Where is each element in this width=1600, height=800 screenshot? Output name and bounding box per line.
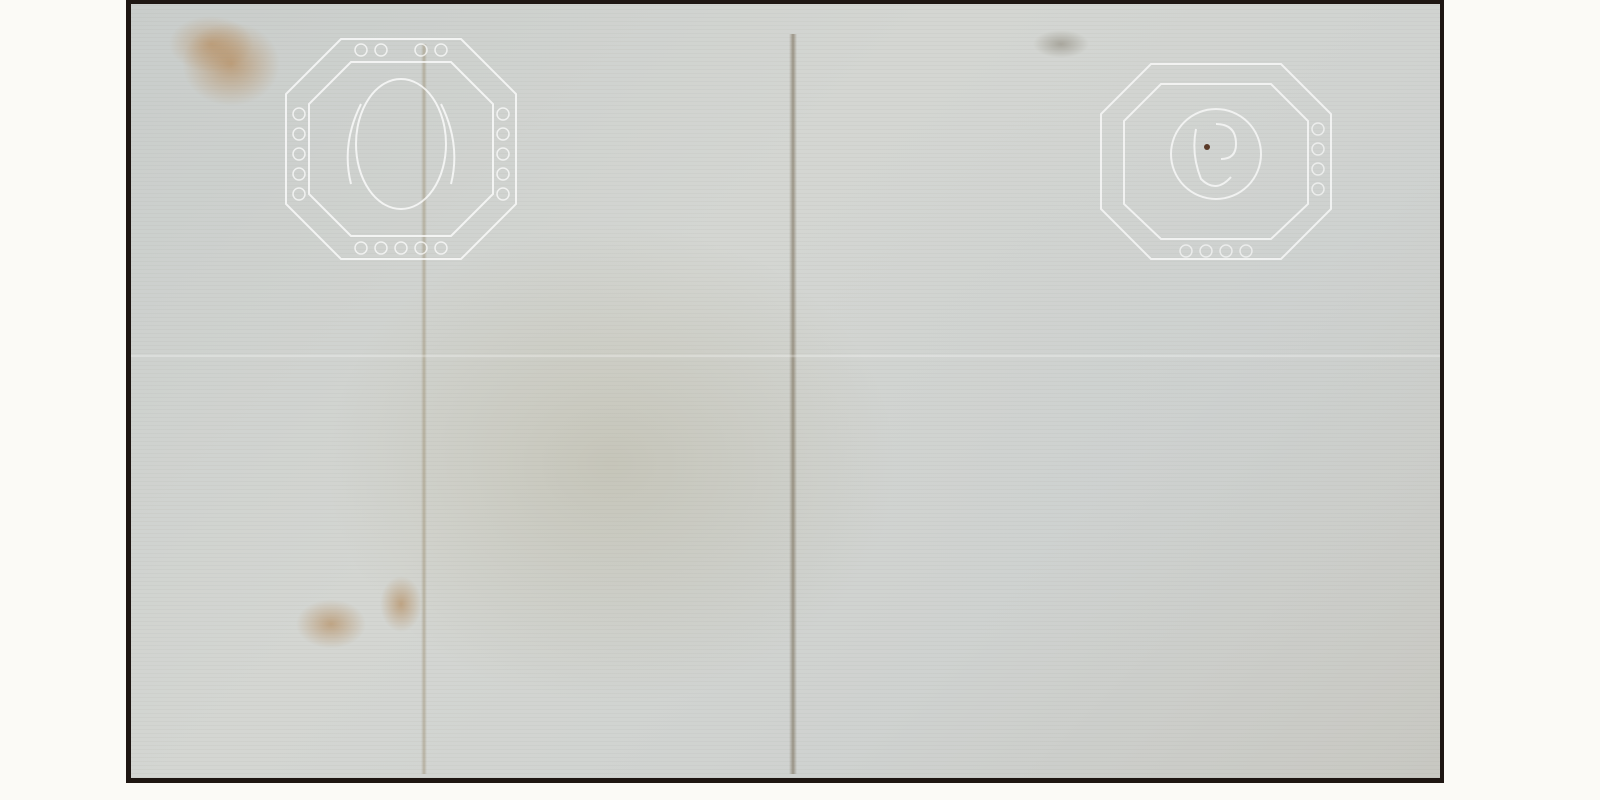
left-embossed-seal-icon [281,34,521,264]
fold-crease-center [789,34,797,774]
paper-sheet [131,4,1440,778]
right-embossed-seal-icon [1096,59,1336,269]
fold-crease-horizontal [131,354,1440,358]
